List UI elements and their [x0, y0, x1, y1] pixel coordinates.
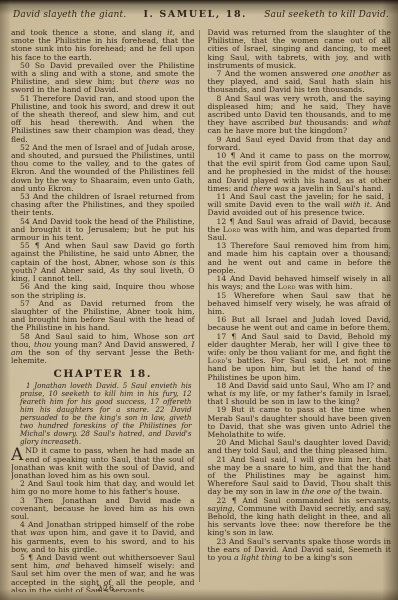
verse-paragraph: 56 And the king said, Inquire thou whose…: [11, 283, 195, 299]
verse-paragraph: AND it came to pass, when he had made an…: [11, 447, 195, 480]
verse-paragraph: 54 And David took the head of the Philis…: [11, 218, 195, 243]
verse-paragraph: 58 And Saul said to him, Whose son art t…: [11, 333, 195, 366]
running-head-right: Saul seeketh to kill David.: [264, 10, 389, 20]
verse-paragraph: 9 And Saul eyed David from that day and …: [208, 136, 392, 152]
verse-paragraph: 7 And the women answered one another as …: [208, 70, 392, 95]
verse-paragraph: 8 And Saul was very wroth, and the sayin…: [208, 95, 392, 136]
verse-paragraph: and took thence a stone, and slang it, a…: [11, 29, 195, 62]
verse-paragraph: 11 And Saul cast the javelin; for he sai…: [208, 193, 392, 218]
verse-paragraph: 10 ¶ And it came to pass on the morrow, …: [208, 152, 392, 193]
running-head: David slayeth the giant. I. SAMUEL, 18. …: [13, 9, 389, 20]
verse-paragraph: 51 Therefore David ran, and stood upon t…: [11, 95, 195, 144]
verse-paragraph: David was returned from the slaughter of…: [208, 29, 392, 70]
right-column: David was returned from the slaughter of…: [208, 29, 392, 592]
verse-paragraph: 16 But all Israel and Judah loved David,…: [208, 316, 392, 332]
verse-paragraph: 52 And the men of Israel and of Judah ar…: [11, 144, 195, 193]
verse-paragraph: 14 And David behaved himself wisely in a…: [208, 275, 392, 291]
verse-paragraph: 19 But it came to pass at the time when …: [208, 406, 392, 439]
verse-paragraph: 12 ¶ And Saul was afraid of David, becau…: [208, 218, 392, 243]
verse-paragraph: 13 Therefore Saul removed him from him, …: [208, 242, 392, 275]
verse-paragraph: 50 So David prevailed over the Philistin…: [11, 62, 195, 95]
verse-paragraph: 15 Wherefore when Saul saw that he behav…: [208, 292, 392, 317]
verse-paragraph: 22 ¶ And Saul commanded his servants, sa…: [208, 497, 392, 538]
verse-paragraph: 2 And Saul took him that day, and would …: [11, 480, 195, 496]
verse-paragraph: 21 And Saul said, I will give him her, t…: [208, 456, 392, 497]
text-columns: and took thence a stone, and slang it, a…: [11, 29, 391, 592]
verse-paragraph: 17 ¶ And Saul said to David, Behold my e…: [208, 333, 392, 382]
left-column: and took thence a stone, and slang it, a…: [11, 29, 195, 592]
verse-paragraph: 4 And Jonathan stripped himself of the r…: [11, 521, 195, 554]
verse-paragraph: 20 And Michal Saul's daughter loved Davi…: [208, 439, 392, 455]
chapter-summary: 1 Jonathan loveth David. 5 Saul envieth …: [11, 382, 195, 447]
verse-paragraph: 53 And the children of Israel returned f…: [11, 193, 195, 218]
verse-paragraph: 3 Then Jonathan and David made a covenan…: [11, 497, 195, 522]
verse-paragraph: 23 And Saul's servants spake those words…: [208, 538, 392, 563]
page-number: 226: [0, 584, 212, 593]
verse-paragraph: 18 And David said unto Saul, Who am I? a…: [208, 382, 392, 407]
drop-cap-letter: A: [11, 447, 25, 463]
running-head-left: David slayeth the giant.: [13, 10, 126, 20]
running-head-title: I. SAMUEL, 18.: [144, 9, 248, 20]
chapter-heading: CHAPTER 18.: [11, 368, 195, 380]
verse-paragraph: 55 ¶ And when Saul saw David go forth ag…: [11, 242, 195, 283]
verse-paragraph: 57 And as David returned from the slaugh…: [11, 300, 195, 333]
scanned-bible-page: David slayeth the giant. I. SAMUEL, 18. …: [0, 0, 398, 600]
